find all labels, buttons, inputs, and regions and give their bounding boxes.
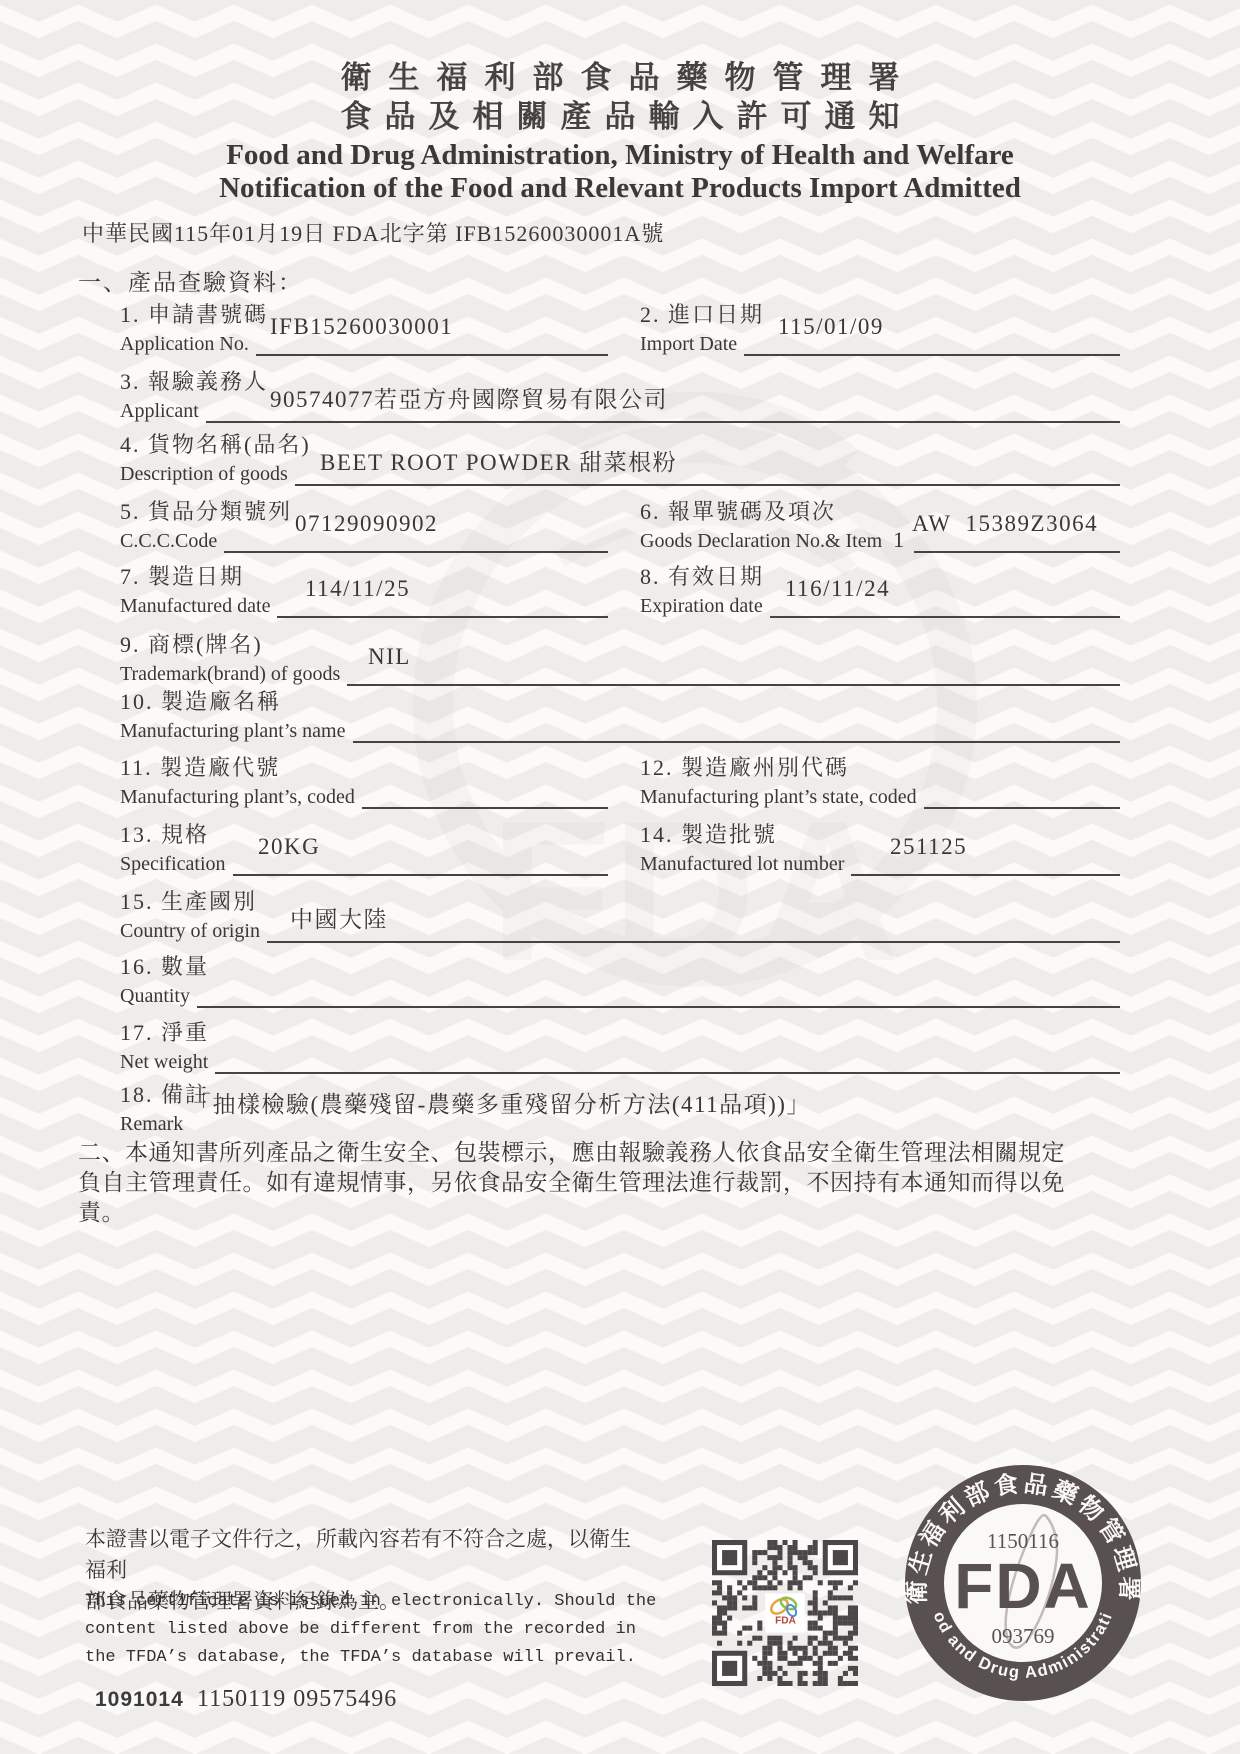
certificate-numbers: 1150119 09575496 [197, 1686, 397, 1713]
certificate-page: FDA 衛生福利部食品藥物管理署 食品及相關產品輸入許可通知 Food and … [0, 0, 1240, 1754]
section2-paragraph: 二、本通知書所列產品之衛生安全、包裝標示，應由報驗義務人依食品安全衛生管理法相關… [78, 1138, 1178, 1228]
field-row-12: 12. 製造廠州別代碼Manufacturing plant’s state, … [640, 751, 1120, 809]
field-row-16: 16. 數量Quantity [120, 950, 1120, 1008]
field-row-15: 15. 生產國別中國大陸Country of origin [120, 885, 1120, 943]
field-row-6: 6. 報單號碼及項次AW 15389Z3064Goods Declaration… [640, 495, 1120, 553]
field-value: 「抽樣檢驗(農藥殘留-農藥多重殘留分析方法(411品項))」 [188, 1086, 811, 1119]
field-row-18: 18. 備註「抽樣檢驗(農藥殘留-農藥多重殘留分析方法(411品項))」Rema… [120, 1078, 1120, 1136]
field-label-en: Net weight [120, 1051, 215, 1074]
field-label-zh: 4. 貨物名稱(品名) [120, 432, 311, 457]
field-label-en: Description of goods [120, 463, 295, 486]
field-row-9: 9. 商標(牌名)NILTrademark(brand) of goods [120, 628, 1120, 686]
field-row-2: 2. 進口日期115/01/09Import Date [640, 298, 1120, 356]
field-label-zh: 15. 生產國別 [120, 889, 257, 914]
field-label-en: Goods Declaration No.& Item [640, 530, 889, 553]
field-underline [267, 919, 1120, 943]
field-value: NIL [368, 644, 411, 670]
field-label-zh: 5. 貨品分類號列 [120, 499, 292, 524]
fda-seal: 衛生福利部食品藥物管理署 Food and Drug Administratio… [898, 1458, 1148, 1708]
field-label-en: Manufactured date [120, 595, 277, 618]
field-underline [353, 719, 1121, 743]
field-label-zh: 10. 製造廠名稱 [120, 689, 281, 714]
qr-center-logo: FDA [765, 1593, 804, 1632]
field-row-4: 4. 貨物名稱(品名)BEET ROOT POWDER 甜菜根粉Descript… [120, 428, 1120, 486]
field-label-zh: 3. 報驗義務人 [120, 369, 268, 394]
field-label-en: Quantity [120, 985, 197, 1008]
field-value: 114/11/25 [305, 576, 410, 602]
field-row-1: 1. 申請書號碼IFB15260030001Application No. [120, 298, 608, 356]
field-label-en: Manufacturing plant’s state, coded [640, 786, 924, 809]
field-label-zh: 6. 報單號碼及項次 [640, 499, 836, 524]
field-value: 251125 [890, 834, 967, 860]
footer-note-en: This certificate is issued in electronic… [85, 1588, 675, 1672]
field-label-en: C.C.C.Code [120, 530, 224, 553]
field-label-en: Manufacturing plant’s, coded [120, 786, 362, 809]
field-label-en: Manufactured lot number [640, 853, 851, 876]
field-row-13: 13. 規格20KGSpecification [120, 818, 608, 876]
field-label-zh: 13. 規格 [120, 822, 209, 847]
title-en-line1: Food and Drug Administration, Ministry o… [0, 139, 1240, 172]
field-label-en: Trademark(brand) of goods [120, 663, 347, 686]
field-value: IFB15260030001 [270, 314, 453, 340]
field-label-en: Import Date [640, 333, 744, 356]
field-value: 116/11/24 [785, 576, 890, 602]
title-zh-line2: 食品及相關產品輸入許可通知 [0, 91, 1240, 136]
field-label-zh: 17. 淨重 [120, 1020, 209, 1045]
field-label-zh: 9. 商標(牌名) [120, 632, 263, 657]
qr-code: FDA [712, 1540, 858, 1686]
field-row-11: 11. 製造廠代號Manufacturing plant’s, coded [120, 751, 608, 809]
field-label-en: Applicant [120, 400, 206, 423]
field-label-zh: 7. 製造日期 [120, 564, 244, 589]
field-label-zh: 14. 製造批號 [640, 822, 777, 847]
field-underline [197, 984, 1120, 1008]
seal-acronym: FDA [954, 1550, 1092, 1622]
field-label-en: Manufacturing plant’s name [120, 720, 353, 743]
field-label-en: Expiration date [640, 595, 770, 618]
field-value: 中國大陸 [290, 901, 388, 934]
field-underline [362, 785, 608, 809]
field-value: 90574077若亞方舟國際貿易有限公司 [270, 381, 668, 414]
seal-number-bottom: 093769 [992, 1624, 1055, 1648]
section1-heading: 一、產品查驗資料： [78, 264, 303, 297]
field-row-8: 8. 有效日期116/11/24Expiration date [640, 560, 1120, 618]
field-underline [347, 662, 1120, 686]
field-label-zh: 12. 製造廠州別代碼 [640, 755, 849, 780]
field-row-7: 7. 製造日期114/11/25Manufactured date [120, 560, 608, 618]
field-label-zh: 2. 進口日期 [640, 302, 764, 327]
field-row-3: 3. 報驗義務人90574077若亞方舟國際貿易有限公司Applicant [120, 365, 1120, 423]
field-value: 115/01/09 [778, 314, 884, 340]
title-en-line2: Notification of the Food and Relevant Pr… [0, 172, 1240, 205]
field-label-zh: 11. 製造廠代號 [120, 755, 280, 780]
field-label-en: Application No. [120, 333, 256, 356]
field-label-zh: 16. 數量 [120, 954, 209, 979]
issue-date-line: 中華民國115年01月19日 FDA北字第 IFB15260030001A號 [82, 217, 664, 248]
field-label-en: Country of origin [120, 920, 267, 943]
field-row-10: 10. 製造廠名稱Manufacturing plant’s name [120, 685, 1120, 743]
field-row-5: 5. 貨品分類號列07129090902C.C.C.Code [120, 495, 608, 553]
field-label-zh: 1. 申請書號碼 [120, 302, 268, 327]
field-label-zh: 8. 有效日期 [640, 564, 764, 589]
field-label-en: Remark [120, 1113, 190, 1136]
qr-logo-text: FDA [775, 1616, 796, 1627]
field-row-14: 14. 製造批號251125Manufactured lot number [640, 818, 1120, 876]
field-row-17: 17. 淨重Net weight [120, 1016, 1120, 1074]
doc-code: 1091014 [95, 1688, 184, 1712]
field-underline [215, 1050, 1120, 1074]
field-value: 07129090902 [295, 511, 438, 537]
field-value: AW 15389Z3064 [912, 511, 1098, 537]
field-value: BEET ROOT POWDER 甜菜根粉 [320, 444, 677, 477]
field-underline [924, 785, 1120, 809]
field-label-en: Specification [120, 853, 233, 876]
field-value: 20KG [258, 834, 320, 860]
